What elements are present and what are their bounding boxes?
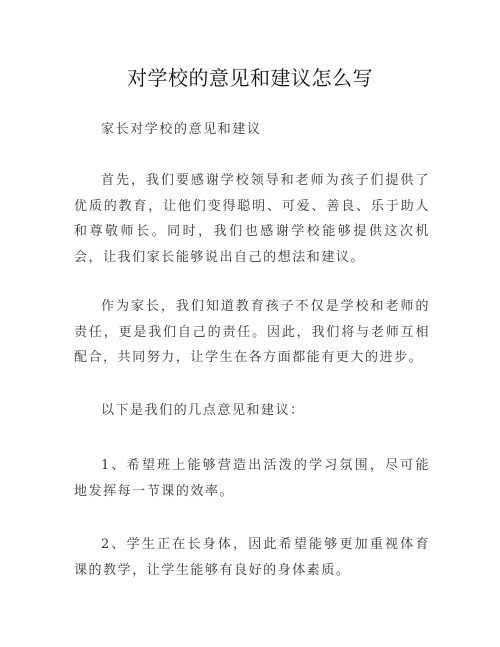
paragraph-intro-suggestions: 以下是我们的几点意见和建议： [74, 398, 430, 424]
paragraph-parent-role: 作为家长，我们知道教育孩子不仅是学校和老师的责任，更是我们自己的责任。因此，我们… [74, 294, 430, 371]
suggestion-item-2: 2、学生正在长身体，因此希望能够更加重视体育课的教学，让学生能够有良好的身体素质… [74, 532, 430, 583]
document-title: 对学校的意见和建议怎么写 [0, 62, 500, 91]
suggestion-item-1: 1、希望班上能够营造出活泼的学习氛围，尽可能地发挥每一节课的效率。 [74, 453, 430, 504]
document-subtitle: 家长对学校的意见和建议 [101, 118, 262, 137]
document-page: 对学校的意见和建议怎么写 家长对学校的意见和建议 首先，我们要感谢学校领导和老师… [0, 0, 500, 647]
paragraph-thanks: 首先，我们要感谢学校领导和老师为孩子们提供了优质的教育，让他们变得聪明、可爱、善… [74, 168, 430, 270]
